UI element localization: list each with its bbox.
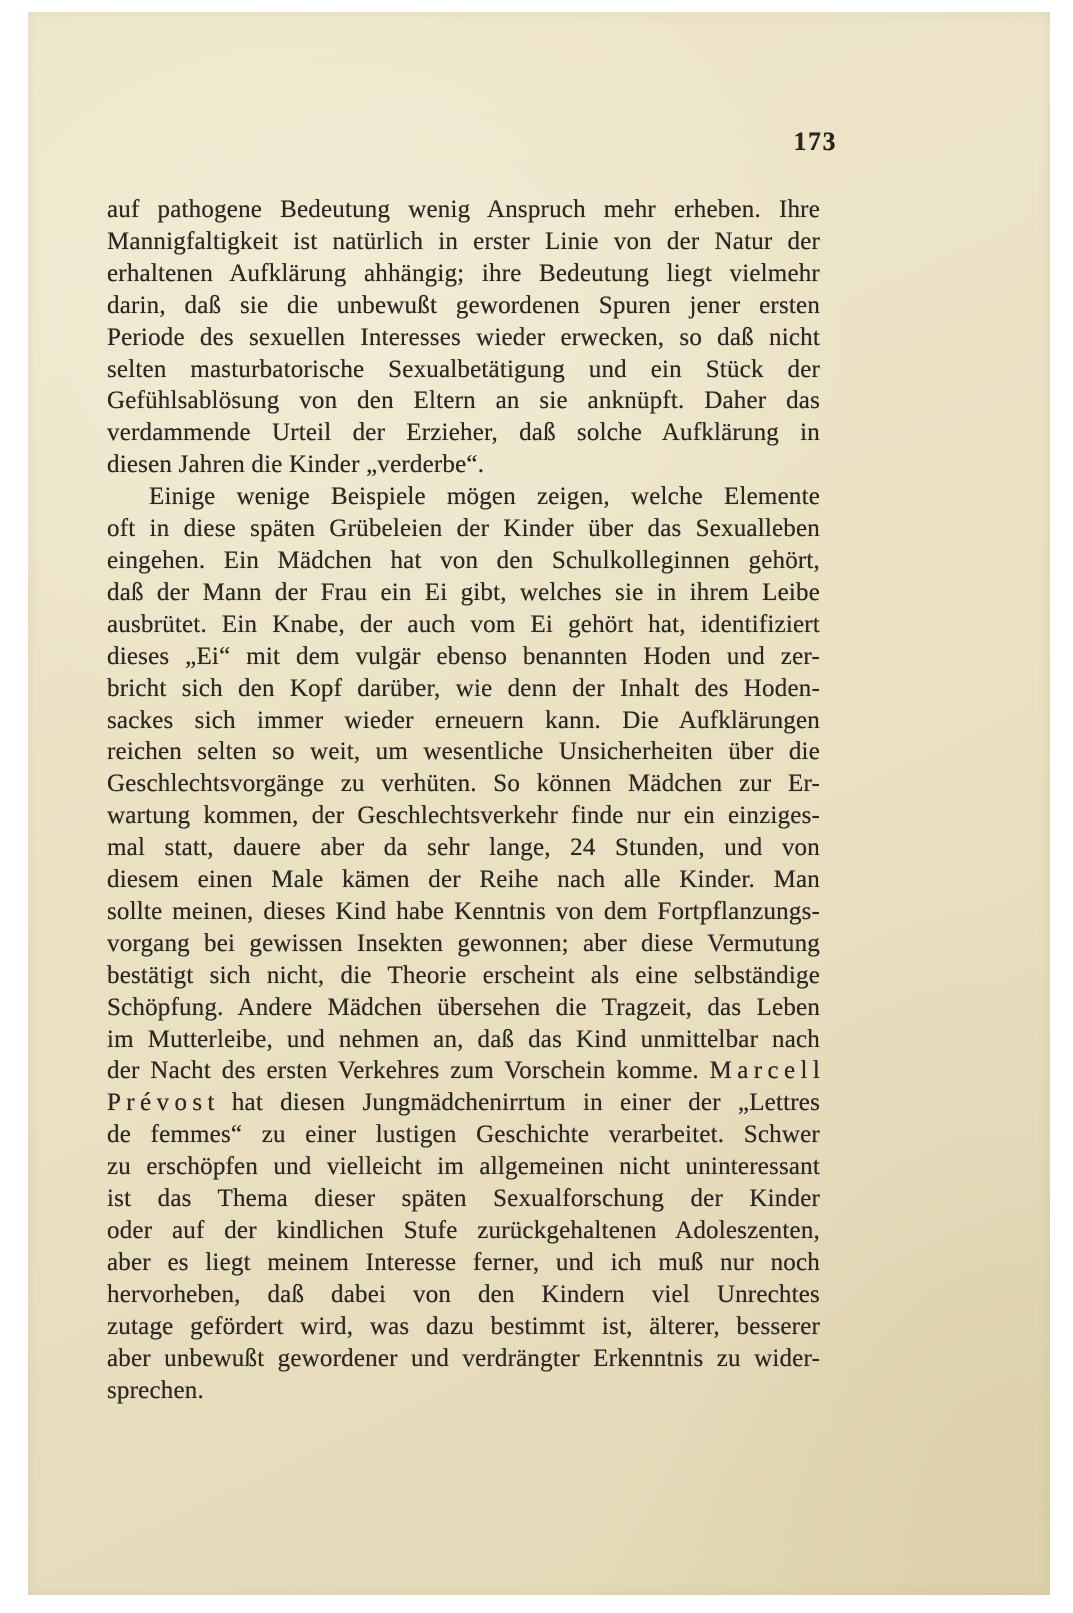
body-text-block: auf pathogene Bedeutung wenig Anspruch m… bbox=[107, 194, 820, 1406]
text-line: zutage gefördert wird, was dazu bestimmt… bbox=[107, 1311, 820, 1343]
text-line: Schöpfung. Andere Mädchen übersehen die … bbox=[107, 992, 820, 1024]
text-line: auf pathogene Bedeutung wenig Anspruch m… bbox=[107, 194, 820, 226]
paragraph: auf pathogene Bedeutung wenig Anspruch m… bbox=[107, 194, 820, 481]
text-line: verdammende Urteil der Erzieher, daß sol… bbox=[107, 417, 820, 449]
text-line: de femmes“ zu einer lustigen Geschichte … bbox=[107, 1119, 820, 1151]
text-line: eingehen. Ein Mädchen hat von den Schulk… bbox=[107, 545, 820, 577]
text-line: reichen selten so weit, um wesentliche U… bbox=[107, 736, 820, 768]
text-line: zu erschöpfen und vielleicht im allgemei… bbox=[107, 1151, 820, 1183]
text-line: erhaltenen Aufklärung ahhängig; ihre Bed… bbox=[107, 258, 820, 290]
text-line: dieses „Ei“ mit dem vulgär ebenso benann… bbox=[107, 641, 820, 673]
text-line: sollte meinen, dieses Kind habe Kenntnis… bbox=[107, 896, 820, 928]
text-line: daß der Mann der Frau ein Ei gibt, welch… bbox=[107, 577, 820, 609]
text-line: Periode des sexuellen Interesses wieder … bbox=[107, 322, 820, 354]
text-line: Einige wenige Beispiele mögen zeigen, we… bbox=[107, 481, 820, 513]
text-line: ist das Thema dieser späten Sexualforsch… bbox=[107, 1183, 820, 1215]
text-line: oder auf der kindlichen Stufe zurückgeha… bbox=[107, 1215, 820, 1247]
paragraph: Einige wenige Beispiele mögen zeigen, we… bbox=[107, 481, 820, 1406]
text-line: Geschlechtsvorgänge zu verhüten. So könn… bbox=[107, 768, 820, 800]
text-line: bricht sich den Kopf darüber, wie denn d… bbox=[107, 673, 820, 705]
text-line: Gefühlsablösung von den Eltern an sie an… bbox=[107, 385, 820, 417]
page-number: 173 bbox=[0, 127, 837, 157]
text-line: diesem einen Male kämen der Reihe nach a… bbox=[107, 864, 820, 896]
text-line: ausbrütet. Ein Knabe, der auch vom Ei ge… bbox=[107, 609, 820, 641]
text-line: diesen Jahren die Kinder „verderbe“. bbox=[107, 449, 820, 481]
scanned-book-page: 173 auf pathogene Bedeutung wenig Anspru… bbox=[0, 0, 1073, 1613]
text-line: Mannigfaltigkeit ist natürlich in erster… bbox=[107, 226, 820, 258]
text-line: hervorheben, daß dabei von den Kindern v… bbox=[107, 1279, 820, 1311]
text-line: darin, daß sie die unbewußt gewordenen S… bbox=[107, 290, 820, 322]
text-line: P r é v o s t hat diesen Jungmädchenirrt… bbox=[107, 1087, 820, 1119]
text-line: sackes sich immer wieder erneuern kann. … bbox=[107, 705, 820, 737]
text-line: im Mutterleibe, und nehmen an, daß das K… bbox=[107, 1024, 820, 1056]
text-line: mal statt, dauere aber da sehr lange, 24… bbox=[107, 832, 820, 864]
text-line: der Nacht des ersten Verkehres zum Vorsc… bbox=[107, 1055, 820, 1087]
text-line: bestätigt sich nicht, die Theorie ersche… bbox=[107, 960, 820, 992]
text-line: aber unbewußt gewordener und verdrängter… bbox=[107, 1343, 820, 1375]
text-line: oft in diese späten Grübeleien der Kinde… bbox=[107, 513, 820, 545]
text-line: wartung kommen, der Geschlechtsverkehr f… bbox=[107, 800, 820, 832]
text-line: aber es liegt meinem Interesse ferner, u… bbox=[107, 1247, 820, 1279]
text-line: selten masturbatorische Sexualbetätigung… bbox=[107, 354, 820, 386]
text-line: sprechen. bbox=[107, 1375, 820, 1407]
text-line: vorgang bei gewissen Insekten gewonnen; … bbox=[107, 928, 820, 960]
